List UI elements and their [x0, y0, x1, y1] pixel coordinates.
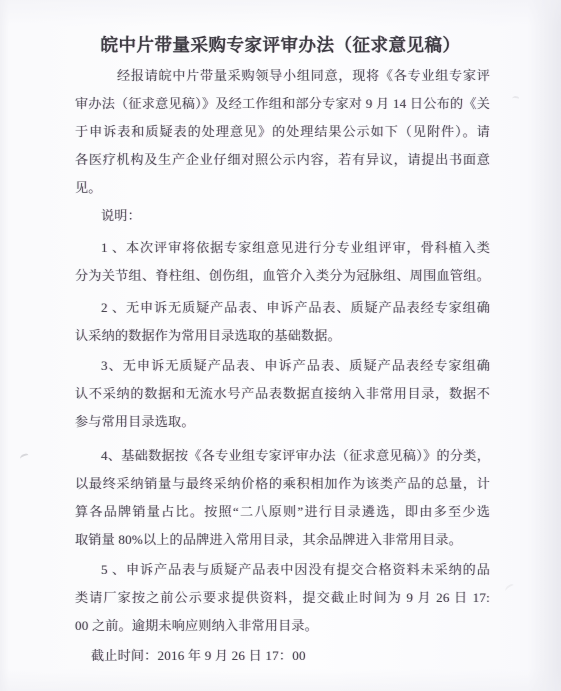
scan-smudge [19, 453, 30, 462]
scanned-document-page: 皖中片带量采购专家评审办法（征求意见稿） 经报请皖中片带量采购领导小组同意，现将… [0, 0, 561, 691]
doc-line-item-5: 5 、申诉产品表与质疑产品表中因没有提交合格资料未采纳的品 [75, 556, 490, 584]
scan-smudge [512, 95, 520, 102]
doc-line: 审办法（征求意见稿）》及经工作组和部分专家对 9 月 14 日公布的《关 [75, 90, 490, 118]
doc-line: 算各品牌销量占比。按照“二八原则”进行目录遴选，即由多至少选 [75, 498, 490, 526]
doc-line-note-label: 说明： [75, 202, 490, 230]
doc-line: 参与常用目录选取。 [75, 408, 490, 436]
doc-line-item-3: 3、无申诉无质疑产品表、申诉产品表、质疑产品表经专家组确 [75, 352, 490, 380]
doc-line: 00 之前。逾期未响应则纳入非常用目录。 [75, 612, 490, 640]
doc-line: 经报请皖中片带量采购领导小组同意，现将《各专业组专家评 [75, 62, 490, 90]
document-body: 经报请皖中片带量采购领导小组同意，现将《各专业组专家评 审办法（征求意见稿）》及… [75, 62, 490, 670]
doc-line: 类请厂家按之前公示要求提供资料，提交截止时间为 9 月 26 日 17: [75, 584, 490, 612]
document-title: 皖中片带量采购专家评审办法（征求意见稿） [0, 32, 561, 57]
doc-line-item-1: 1 、本次评审将依据专家组意见进行分专业组评审，骨科植入类 [75, 234, 490, 262]
doc-line: 以最终采纳销量与最终采纳价格的乘积相加作为该类产品的总量，计 [75, 470, 490, 498]
doc-line: 认采纳的数据作为常用目录选取的基础数据。 [75, 322, 490, 350]
doc-line: 于申诉表和质疑表的处理意见》的处理结果公示如下（见附件）。请 [75, 118, 490, 146]
doc-line: 各医疗机构及生产企业仔细对照公示内容，若有异议，请提出书面意 [75, 146, 490, 174]
doc-line-item-4: 4、基础数据按《各专业组专家评审办法（征求意见稿）》的分类， [75, 442, 490, 470]
doc-line-item-2: 2 、无申诉无质疑产品表、申诉产品表、质疑产品表经专家组确 [75, 294, 490, 322]
doc-line: 见。 [75, 174, 490, 202]
doc-line-deadline: 截止时间：2016 年 9 月 26 日 17：00 [75, 642, 490, 670]
doc-line: 取销量 80%以上的品牌进入常用目录，其余品牌进入非常用目录。 [75, 526, 490, 554]
doc-line: 分为关节组、脊柱组、创伤组，血管介入类分为冠脉组、周围血管组。 [75, 262, 490, 290]
doc-line: 认不采纳的数据和无流水号产品表数据直接纳入非常用目录，数据不 [75, 380, 490, 408]
scan-smudge [504, 583, 516, 594]
